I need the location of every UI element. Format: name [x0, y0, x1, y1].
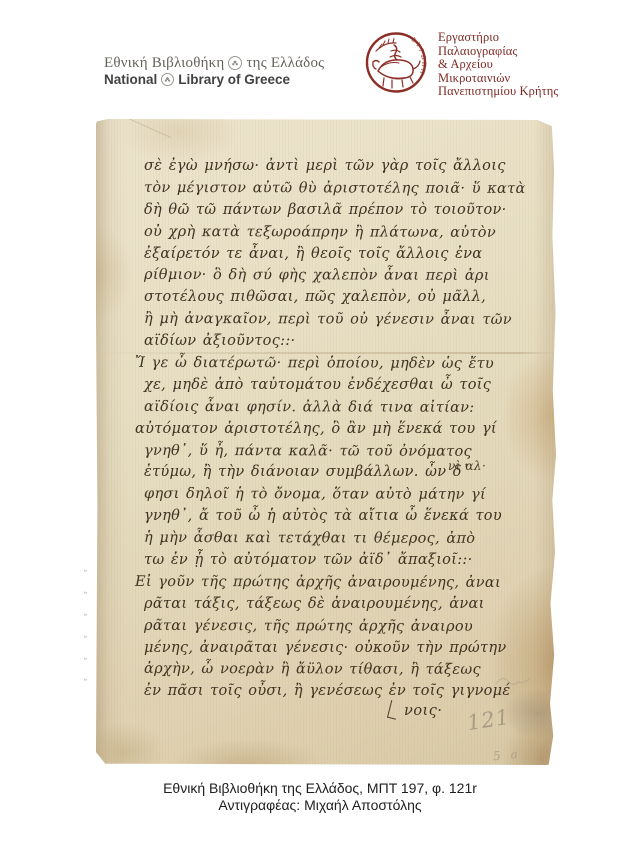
caption-scribe: Αντιγραφέας: Μιχαήλ Αποστόλης [0, 797, 640, 814]
manuscript-final-word: νοις· [390, 697, 442, 719]
manuscript-line: φησι δηλοῖ ἡ τὸ ὄνομα, ὅταν αὐτὸ μάτην γ… [144, 484, 516, 507]
uoc-lab-title-line: Εργαστήριο [438, 31, 558, 45]
margin-tick-marks: ”””””” [83, 564, 95, 695]
manuscript-line: τω ἐν ᾗ τὸ αὐτόματον τῶν ἀϊδ᾽ ἄπαξιοῖ::· [144, 550, 516, 572]
manuscript-line: μένης, ἀναιρᾶται γένεσις· οὐκοῦν τὴν πρώ… [144, 638, 516, 660]
folio-number-pencil: 121 [465, 705, 511, 735]
margin-tick: ” [81, 585, 98, 609]
manuscript-line: ἢ μὴ ἀναγκαῖον, περὶ τοῦ οὐ γένεσιν ἆναι… [144, 309, 516, 332]
pencil-note: 5 a [492, 747, 521, 764]
caption-shelfmark: Εθνική Βιβλιοθήκη της Ελλάδος, ΜΠΤ 197, … [0, 780, 640, 797]
university-of-crete-seal-icon: ΕΥΡΩΠΗ [364, 29, 428, 96]
nlg-logo-english-line: National Library of Greece [104, 72, 324, 87]
manuscript-line: ρίθμιον· ὃ δὴ σύ φὴς χαλεπὸν ἆναι περὶ ἀ… [144, 265, 516, 288]
seal-text: ΕΥΡΩΠΗ [410, 36, 427, 76]
manuscript-line: ρᾶται τάξις, τάξεως δὲ ἀναιρουμένης, ἀνα… [144, 594, 516, 616]
nlg-greek-pre: Εθνική Βιβλιοθήκη [104, 55, 224, 71]
margin-tick: ” [81, 672, 98, 696]
uoc-lab-title-line: Μικροταινιών [438, 72, 558, 86]
nlg-logo-greek-line: Εθνική Βιβλιοθήκη της Ελλάδος [104, 55, 324, 71]
manuscript-line: χε, μηδὲ ἀπὸ ταὐτομάτου ἐνδέχεσθαι ὦ τοῖ… [144, 375, 516, 397]
manuscript-photo: σὲ ἐγὼ μνήσω· ἀντὶ μερὶ τῶν γὰρ τοῖς ἄλλ… [96, 119, 556, 765]
parchment-crease [116, 113, 171, 138]
margin-tick: ” [81, 650, 98, 674]
manuscript-line: στοτέλους πιθῶσαι, πῶς χαλεπὸν, οὐ μᾶλλ, [144, 287, 516, 309]
uoc-lab-title-line: Παλαιογραφίας [438, 45, 558, 59]
page: Εθνική Βιβλιοθήκη της Ελλάδος National L… [0, 0, 640, 842]
manuscript-text: σὲ ἐγὼ μνήσω· ἀντὶ μερὶ τῶν γὰρ τοῖς ἄλλ… [144, 156, 516, 703]
margin-tick: ” [81, 607, 98, 631]
manuscript-line: ἐξαίρετόν τε ἆναι, ἢ θεοῖς τοῖς ἄλλοις ἐ… [144, 244, 516, 266]
manuscript-line: ἀρχὴν, ὦ νοερὰν ἢ ἄϋλον τίθασι, ἢ τάξεως [144, 659, 516, 682]
manuscript-line: δὴ θῶ τῶ πάντων βασιλᾶ πρέπον τὸ τοιοῦτο… [144, 200, 516, 222]
manuscript-line: αὐτόματον ἀριστοτέλης, ὃ ἂν μὴ ἕνεκά του… [135, 419, 516, 441]
uoc-lab-title-line: Πανεπιστημίου Κρήτης [438, 85, 558, 99]
margin-tick: ” [81, 563, 98, 587]
nlg-greek-post: της Ελλάδος [246, 55, 324, 71]
manuscript-line: αϊδίοις ἆναι φησίν. ἀλλὰ διά τινα αἰτίαν… [144, 397, 516, 420]
nlg-english-post: Library of Greece [178, 72, 290, 87]
manuscript-line: Ἴ γε ὦ διατέρωτῶ· περὶ ὁποίου, μηδὲν ὡς … [135, 353, 516, 376]
manuscript-line: ρᾶται γένεσις, τῆς πρώτης ἀρχῆς ἀναιρου [144, 616, 516, 639]
nlg-logo: Εθνική Βιβλιοθήκη της Ελλάδος National L… [104, 55, 324, 87]
nlg-roundel-icon [161, 73, 174, 86]
manuscript-margin-note: νὶ αλ· [448, 459, 486, 473]
manuscript-line: ἡ μὴν ἆσθαι καὶ τετάχθαι τι θέμερος, ἀπὸ [144, 528, 516, 551]
uoc-lab-title-line: & Αρχείου [438, 58, 558, 72]
manuscript-line: σὲ ἐγὼ μνήσω· ἀντὶ μερὶ τῶν γὰρ τοῖς ἄλλ… [144, 156, 516, 178]
manuscript-line: γνηθ᾽, ἄ τοῦ ὦ ἡ αὐτὸς τὰ αἴτια ὧ ἕνεκά … [144, 506, 516, 528]
manuscript-line: οὐ χρὴ κατὰ τεξωροάπρην ἢ πλάτωνα, αὐτὸν [144, 222, 516, 245]
manuscript-line: ἐν πᾶσι τοῖς οὖσι, ἢ γενέσεως ἐν τοῖς γι… [144, 681, 516, 703]
pencil-scribble [494, 672, 534, 690]
uoc-lab-title: ΕργαστήριοΠαλαιογραφίας& ΑρχείουΜικροται… [438, 29, 558, 99]
caption: Εθνική Βιβλιοθήκη της Ελλάδος, ΜΠΤ 197, … [0, 780, 640, 814]
manuscript-line: αϊδίων ἀξιοῦντος::· [144, 331, 516, 353]
manuscript-line: Εἰ γοῦν τῆς πρώτης ἀρχῆς ἀναιρουμένης, ἀ… [135, 572, 516, 595]
manuscript-line: τὸν μέγιστον αὐτῶ θὺ ἀριστοτέλης ποιᾶ· ὕ… [144, 178, 516, 201]
uoc-lab-logo: ΕΥΡΩΠΗ ΕργαστήριοΠαλαιογραφίας& ΑρχείουΜ… [364, 29, 558, 99]
nlg-roundel-icon [228, 56, 242, 70]
nlg-english-pre: National [104, 72, 157, 87]
margin-tick: ” [81, 629, 98, 653]
